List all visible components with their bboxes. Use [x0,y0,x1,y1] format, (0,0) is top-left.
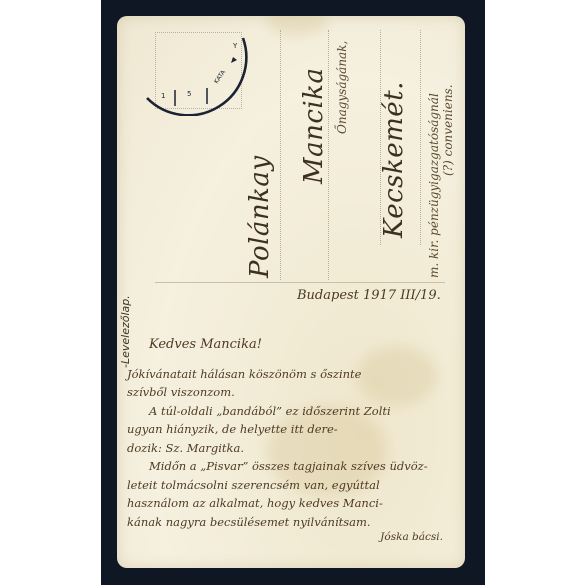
signature: Jóska bácsi. [127,531,457,543]
divider-line [155,282,445,283]
svg-text:5: 5 [187,90,191,98]
address-city: Kecskemét. [379,81,409,238]
letter-line: Midőn a „Pisvar” összes tagjainak szíves… [127,457,457,476]
address-honorific: Őnagyságának, [335,41,349,134]
svg-text:KATA: KATA [213,68,228,85]
salutation: Kedves Mancika! [127,336,457,355]
letter-body: Kedves Mancika! Jókívánatait hálásan kös… [127,336,457,543]
letter-line: A túl-oldali „bandából” ez időszerint Zo… [127,402,457,421]
letter-line: Jókívánatait hálásan köszönöm s őszinte [127,365,457,384]
address-firstname: Mancika [299,67,329,184]
address-line [280,30,281,280]
address-name: Polánkay [245,155,275,278]
postmark-icon: 5 1 KATA Y [125,16,255,116]
letter-line: ugyan hiányzik, de helyette itt dere- [127,420,457,439]
letter-line: szívből viszonzom. [127,383,457,402]
address-detail-2: (?) conveniens. [441,84,455,176]
stain [267,16,327,36]
letter-line: dozik: Sz. Margitka. [127,439,457,458]
letter-line: kának nagyra becsülésemet nyilvánítsam. [127,513,457,532]
place-date: Budapest 1917 III/19. [297,288,441,303]
svg-text:Y: Y [232,42,238,50]
letter-line: leteit tolmácsolni szerencsém van, egyút… [127,476,457,495]
address-detail-1: m. kir. pénzügyigazgatóságnál [427,93,441,278]
svg-text:1: 1 [161,92,165,100]
letter-line: használom az alkalmat, hogy kedves Manci… [127,494,457,513]
address-line [420,30,421,245]
postcard: 5 1 KATA Y Polánkay Mancika Őnagyságának… [117,16,465,568]
